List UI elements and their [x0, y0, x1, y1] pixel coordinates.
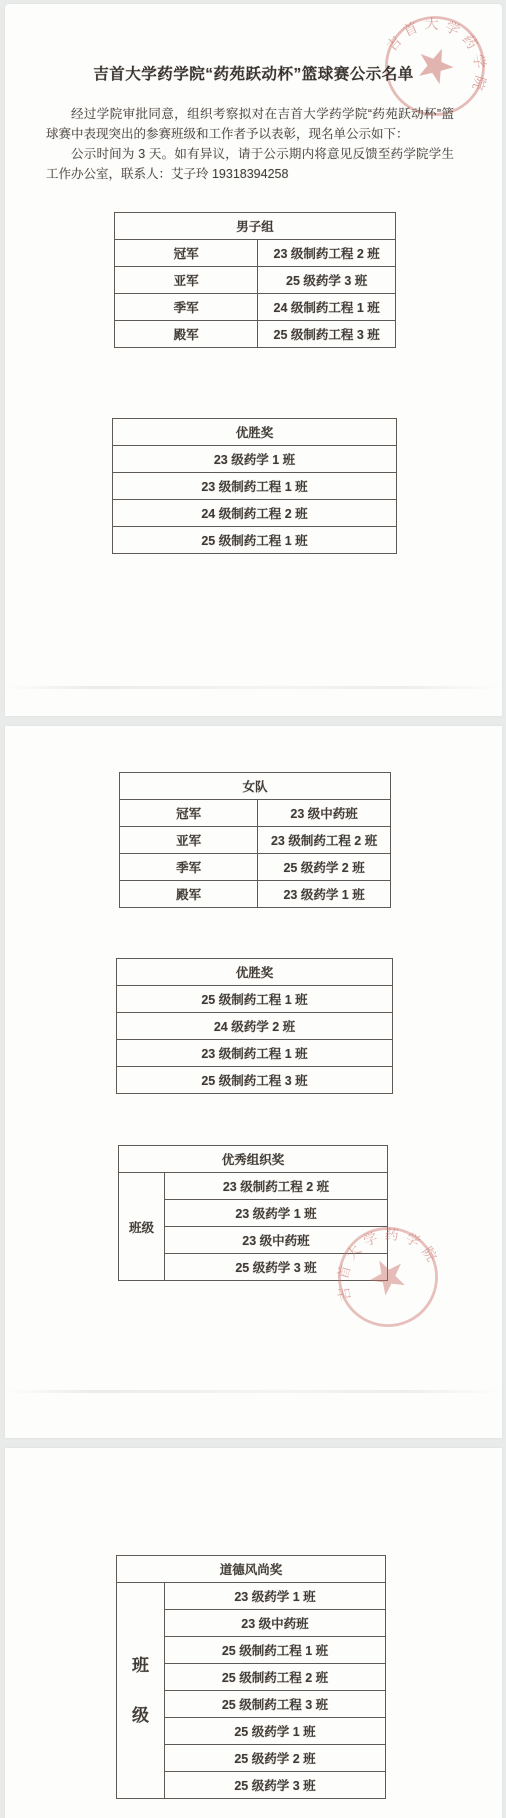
- table-row: 优胜奖: [113, 419, 397, 446]
- class-cell: 25 级制药工程 2 班: [165, 1664, 386, 1691]
- team-cell: 24 级制药工程 1 班: [258, 294, 396, 321]
- row-label: 班级: [119, 1173, 165, 1281]
- table-row: 亚军25 级药学 3 班: [115, 267, 396, 294]
- table-header: 优秀组织奖: [119, 1146, 388, 1173]
- rank-cell: 季军: [120, 854, 258, 881]
- class-cell: 23 级药学 1 班: [113, 446, 397, 473]
- table-row: 冠军23 级中药班: [120, 800, 391, 827]
- class-cell: 24 级制药工程 2 班: [113, 500, 397, 527]
- team-cell: 23 级药学 1 班: [258, 881, 391, 908]
- class-cell: 25 级药学 3 班: [165, 1772, 386, 1799]
- table-row: 24 级药学 2 班: [117, 1013, 393, 1040]
- team-cell: 25 级药学 3 班: [258, 267, 396, 294]
- table-row: 季军24 级制药工程 1 班: [115, 294, 396, 321]
- table-row: 23 级制药工程 1 班: [113, 473, 397, 500]
- rank-cell: 殿军: [115, 321, 258, 348]
- page-2: 女队 冠军23 级中药班 亚军23 级制药工程 2 班 季军25 级药学 2 班…: [5, 726, 502, 1438]
- rank-cell: 冠军: [120, 800, 258, 827]
- winners-award-table: 优胜奖 23 级药学 1 班 23 级制药工程 1 班 24 级制药工程 2 班…: [112, 418, 397, 554]
- table-row: 23 级制药工程 1 班: [117, 1040, 393, 1067]
- winners-award-table-2: 优胜奖 25 级制药工程 1 班 24 级药学 2 班 23 级制药工程 1 班…: [116, 958, 393, 1094]
- table-row: 25 级制药工程 3 班: [117, 1067, 393, 1094]
- table-row: 25 级制药工程 1 班: [117, 986, 393, 1013]
- table-row: 亚军23 级制药工程 2 班: [120, 827, 391, 854]
- class-cell: 25 级药学 1 班: [165, 1718, 386, 1745]
- womens-team-table: 女队 冠军23 级中药班 亚军23 级制药工程 2 班 季军25 级药学 2 班…: [119, 772, 391, 908]
- rank-cell: 亚军: [115, 267, 258, 294]
- class-cell: 23 级药学 1 班: [165, 1200, 388, 1227]
- sportsmanship-award-table: 道德风尚奖 班级 23 级药学 1 班 23 级中药班 25 级制药工程 1 班…: [116, 1555, 386, 1799]
- rank-cell: 冠军: [115, 240, 258, 267]
- organization-award-table: 优秀组织奖 班级 23 级制药工程 2 班 23 级药学 1 班 23 级中药班…: [118, 1145, 388, 1281]
- team-cell: 23 级中药班: [258, 800, 391, 827]
- table-row: 殿军25 级制药工程 3 班: [115, 321, 396, 348]
- scan-artifact: [5, 686, 502, 689]
- team-cell: 23 级制药工程 2 班: [258, 240, 396, 267]
- table-row: 女队: [120, 773, 391, 800]
- class-cell: 25 级制药工程 1 班: [113, 527, 397, 554]
- mens-group-table: 男子组 冠军23 级制药工程 2 班 亚军25 级药学 3 班 季军24 级制药…: [114, 212, 396, 348]
- row-label: 班级: [117, 1583, 165, 1799]
- table-header: 男子组: [115, 213, 396, 240]
- table-header: 道德风尚奖: [117, 1556, 386, 1583]
- class-cell: 25 级制药工程 1 班: [117, 986, 393, 1013]
- class-cell: 25 级制药工程 3 班: [165, 1691, 386, 1718]
- table-row: 班级 23 级制药工程 2 班: [119, 1173, 388, 1200]
- class-cell: 23 级药学 1 班: [165, 1583, 386, 1610]
- table-row: 班级 23 级药学 1 班: [117, 1583, 386, 1610]
- class-cell: 23 级中药班: [165, 1610, 386, 1637]
- class-cell: 25 级药学 2 班: [165, 1745, 386, 1772]
- intro-paragraph: 经过学院审批同意，组织考察拟对在吉首大学药学院“药苑跃动杯”篮球赛中表现突出的参…: [46, 104, 454, 144]
- seal-arc-path: [388, 16, 488, 100]
- rank-cell: 季军: [115, 294, 258, 321]
- team-cell: 23 级制药工程 2 班: [258, 827, 391, 854]
- table-row: 25 级制药工程 1 班: [113, 527, 397, 554]
- table-row: 优秀组织奖: [119, 1146, 388, 1173]
- class-cell: 25 级药学 3 班: [165, 1254, 388, 1281]
- page-1: 吉首大学药学院 吉首大学药学院“药苑跃动杯”篮球赛公示名单 经过学院审批同意，组…: [5, 4, 502, 716]
- class-cell: 24 级药学 2 班: [117, 1013, 393, 1040]
- scan-artifact: [5, 1390, 502, 1393]
- document-scan: 吉首大学药学院 吉首大学药学院“药苑跃动杯”篮球赛公示名单 经过学院审批同意，组…: [0, 0, 506, 1818]
- table-row: 23 级药学 1 班: [113, 446, 397, 473]
- rank-cell: 殿军: [120, 881, 258, 908]
- class-cell: 25 级制药工程 3 班: [117, 1067, 393, 1094]
- row-label-text: 班级: [131, 1641, 150, 1741]
- class-cell: 23 级制药工程 2 班: [165, 1173, 388, 1200]
- team-cell: 25 级药学 2 班: [258, 854, 391, 881]
- table-header: 优胜奖: [113, 419, 397, 446]
- table-row: 冠军23 级制药工程 2 班: [115, 240, 396, 267]
- table-row: 殿军23 级药学 1 班: [120, 881, 391, 908]
- class-cell: 23 级中药班: [165, 1227, 388, 1254]
- rank-cell: 亚军: [120, 827, 258, 854]
- table-header: 女队: [120, 773, 391, 800]
- table-row: 男子组: [115, 213, 396, 240]
- table-row: 优胜奖: [117, 959, 393, 986]
- table-row: 道德风尚奖: [117, 1556, 386, 1583]
- table-row: 季军25 级药学 2 班: [120, 854, 391, 881]
- notice-paragraph: 公示时间为 3 天。如有异议，请于公示期内将意见反馈至药学院学生工作办公室，联系…: [46, 144, 454, 184]
- team-cell: 25 级制药工程 3 班: [258, 321, 396, 348]
- table-header: 优胜奖: [117, 959, 393, 986]
- class-cell: 23 级制药工程 1 班: [113, 473, 397, 500]
- class-cell: 23 级制药工程 1 班: [117, 1040, 393, 1067]
- page-3: 道德风尚奖 班级 23 级药学 1 班 23 级中药班 25 级制药工程 1 班…: [5, 1448, 502, 1818]
- class-cell: 25 级制药工程 1 班: [165, 1637, 386, 1664]
- table-row: 24 级制药工程 2 班: [113, 500, 397, 527]
- document-title: 吉首大学药学院“药苑跃动杯”篮球赛公示名单: [5, 62, 502, 84]
